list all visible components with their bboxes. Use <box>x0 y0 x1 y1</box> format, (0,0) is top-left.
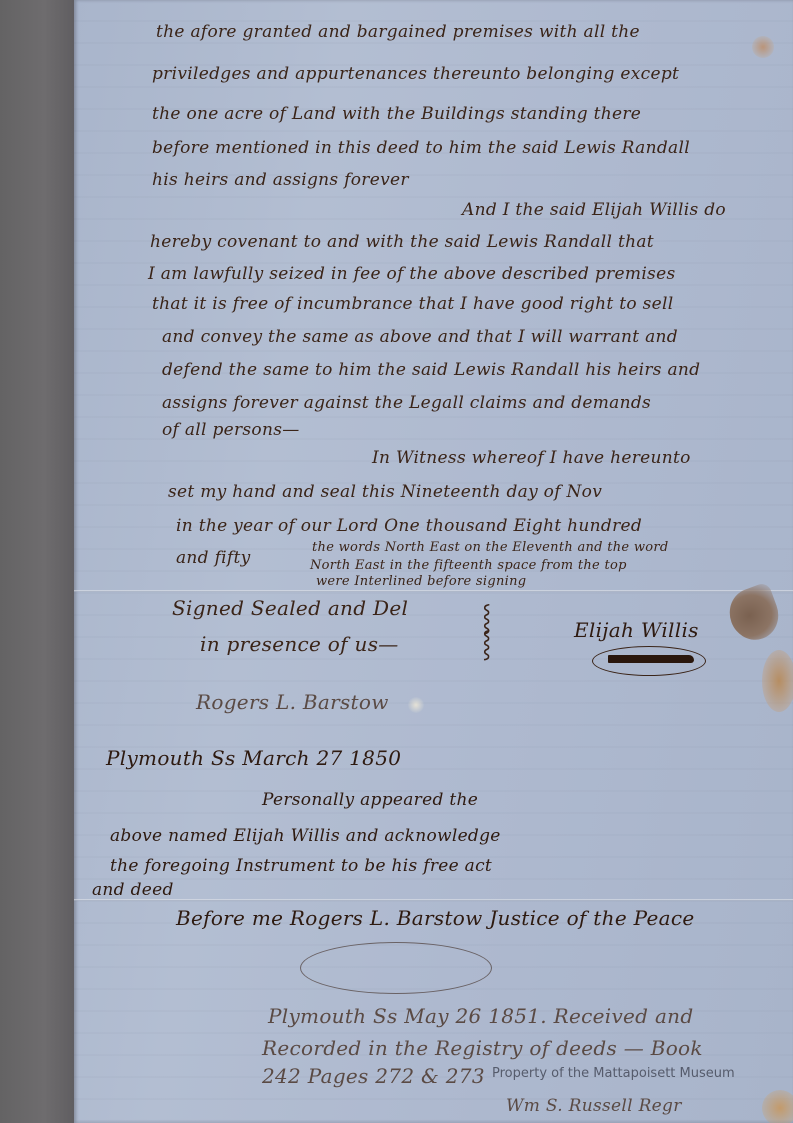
testimonium-line: set my hand and seal this Nineteenth day… <box>168 482 602 502</box>
stain <box>752 36 774 58</box>
covenant-line: defend the same to him the said Lewis Ra… <box>162 360 700 380</box>
stain <box>762 1090 793 1123</box>
grantor-signature: Elijah Willis <box>574 618 699 642</box>
attestation-line: in presence of us— <box>200 632 399 656</box>
testimonium-line: and fifty <box>176 548 251 568</box>
signature-paraph-stroke <box>608 655 694 663</box>
scanner-margin <box>0 0 74 1123</box>
witness-signature: Rogers L. Barstow <box>196 690 389 714</box>
deed-body-line: the one acre of Land with the Buildings … <box>152 104 641 124</box>
register-signature: Wm S. Russell Regr <box>506 1096 682 1116</box>
fold-line <box>74 899 793 901</box>
deed-body-line: priviledges and appurtenances thereunto … <box>152 64 679 84</box>
stain <box>762 650 793 712</box>
covenant-line: I am lawfully seized in fee of the above… <box>148 264 675 284</box>
interlineation-line: North East in the fifteenth space from t… <box>310 558 627 573</box>
interlineation-line: the words North East on the Eleventh and… <box>312 540 669 555</box>
covenant-line: and convey the same as above and that I … <box>162 327 678 347</box>
deed-body-line: the afore granted and bargained premises… <box>156 22 640 42</box>
justice-attestation: Before me Rogers L. Barstow Justice of t… <box>176 906 694 930</box>
covenant-line: of all persons— <box>162 420 300 440</box>
acknowledgment-line: and deed <box>92 880 174 900</box>
acknowledgment-line: above named Elijah Willis and acknowledg… <box>110 826 501 846</box>
recording-line: 242 Pages 272 & 273 <box>262 1064 485 1088</box>
attestation-line: Signed Sealed and Del <box>172 596 408 620</box>
recording-line: Plymouth Ss May 26 1851. Received and <box>268 1004 693 1028</box>
covenant-line: And I the said Elijah Willis do <box>462 200 726 220</box>
stain <box>408 697 424 713</box>
recording-line: Recorded in the Registry of deeds — Book <box>262 1036 703 1060</box>
deed-body-line: his heirs and assigns forever <box>152 170 409 190</box>
acknowledgment-line: the foregoing Instrument to be his free … <box>110 856 492 876</box>
bracket-flourish: ⸾⸾ <box>482 605 491 657</box>
testimonium-line: In Witness whereof I have hereunto <box>372 448 691 468</box>
deed-body-line: before mentioned in this deed to him the… <box>152 138 690 158</box>
testimonium-line: in the year of our Lord One thousand Eig… <box>176 516 642 536</box>
covenant-line: that it is free of incumbrance that I ha… <box>152 294 673 314</box>
notary-flourish <box>300 942 492 994</box>
acknowledgment-heading: Plymouth Ss March 27 1850 <box>106 746 401 770</box>
acknowledgment-line: Personally appeared the <box>262 790 478 810</box>
museum-watermark: Property of the Mattapoisett Museum <box>492 1066 735 1081</box>
interlineation-line: were Interlined before signing <box>316 574 526 589</box>
fold-line <box>74 590 793 592</box>
covenant-line: assigns forever against the Legall claim… <box>162 393 651 413</box>
covenant-line: hereby covenant to and with the said Lew… <box>150 232 654 252</box>
